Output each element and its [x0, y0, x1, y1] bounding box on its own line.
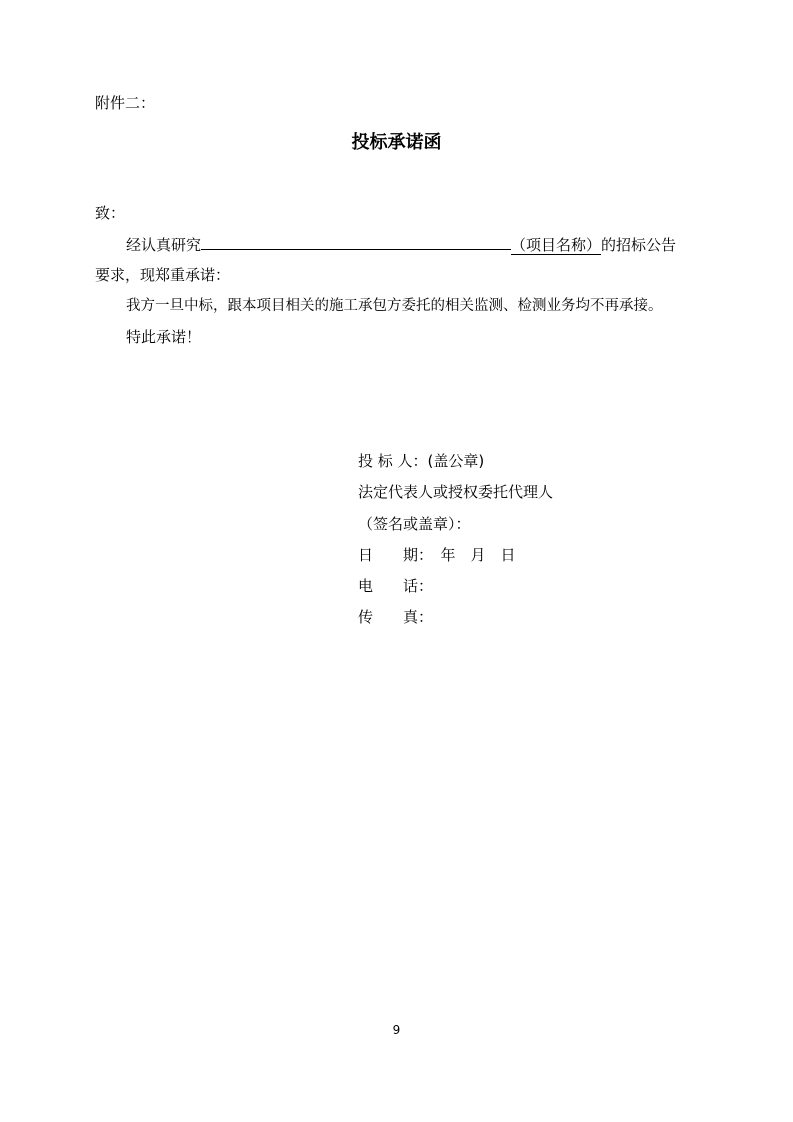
para1-suffix: 的招标公告 [601, 236, 676, 254]
paragraph-3: 特此承诺！ [126, 327, 201, 347]
signature-bidder: 投 标 人：(盖公章) [358, 451, 484, 471]
signature-fax: 传 真： [358, 607, 433, 627]
paragraph-2: 我方一旦中标，跟本项目相关的施工承包方委托的相关监测、检测业务均不再承接。 [126, 296, 663, 316]
signature-phone: 电 话： [358, 576, 433, 596]
signature-date: 日 期： 年 月 日 [358, 545, 516, 565]
para1-prefix: 经认真研究 [126, 236, 201, 254]
paragraph-1-line-1: 经认真研究（项目名称）的招标公告 [126, 233, 676, 255]
signature-legal-rep: 法定代表人或授权委托代理人 [358, 482, 553, 502]
project-name-placeholder: （项目名称） [511, 236, 601, 255]
document-title: 投标承诺函 [0, 128, 793, 154]
page-number: 9 [0, 1023, 793, 1037]
attachment-label: 附件二： [95, 93, 155, 113]
signature-sign-or-seal: （签名或盖章）： [358, 514, 471, 534]
salutation: 致： [95, 203, 125, 223]
paragraph-1-line-2: 要求，现郑重承诺： [95, 265, 230, 285]
project-name-blank [201, 233, 511, 250]
